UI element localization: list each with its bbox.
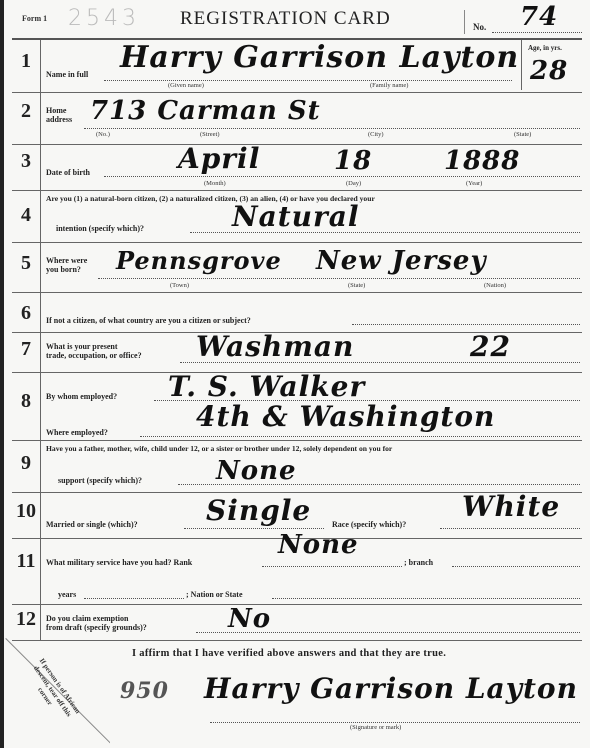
citizenship-label: intention (specify which)? xyxy=(56,224,144,233)
occupation-extra-value: 22 xyxy=(470,330,511,363)
military-nation-label: ; Nation or State xyxy=(186,590,243,599)
pencil-serial: 2543 xyxy=(68,6,140,31)
exemption-label-1: Do you claim exemption xyxy=(46,614,128,623)
military-nation-line xyxy=(272,598,580,599)
row-number-2: 2 xyxy=(14,100,38,123)
age-value: 28 xyxy=(530,56,568,86)
row-rule-8 xyxy=(12,440,582,441)
number-column-divider xyxy=(40,40,41,640)
birthplace-town-caption: (Town) xyxy=(170,282,189,289)
signature-prefix: 950 xyxy=(120,678,169,704)
card-number-value: 74 xyxy=(520,2,558,32)
row-number-6: 6 xyxy=(14,302,38,325)
foreign-citizen-label: If not a citizen, of what country are yo… xyxy=(46,316,251,325)
address-street-caption: (Street) xyxy=(200,131,220,138)
dependents-label: support (specify which)? xyxy=(58,476,142,485)
occupation-value: Washman xyxy=(196,330,354,363)
military-branch-line xyxy=(452,566,580,567)
dependents-question: Have you a father, mother, wife, child u… xyxy=(46,444,392,453)
card-title: REGISTRATION CARD xyxy=(180,8,391,30)
card-number-line xyxy=(492,32,582,33)
given-name-caption: (Given name) xyxy=(168,82,204,89)
birthplace-state-value: New Jersey xyxy=(316,246,487,276)
corner-note: If person is of African descent, tear of… xyxy=(18,651,86,732)
race-value: White xyxy=(462,490,560,523)
employer-label: By whom employed? xyxy=(46,392,117,401)
birthplace-state-caption: (State) xyxy=(348,282,365,289)
military-rank-value: None xyxy=(278,530,359,560)
dob-month-value: April xyxy=(178,142,260,175)
address-city-caption: (City) xyxy=(368,131,384,138)
military-branch-label: ; branch xyxy=(404,558,433,567)
row-number-9: 9 xyxy=(14,452,38,475)
home-label-1: Home xyxy=(46,106,66,115)
employer-value: T. S. Walker xyxy=(168,370,365,403)
marital-label: Married or single (which)? xyxy=(46,520,138,529)
occupation-label-2: trade, occupation, or office? xyxy=(46,351,142,360)
name-label: Name in full xyxy=(46,70,88,79)
name-line xyxy=(104,80,512,81)
military-years-line xyxy=(84,598,184,599)
race-line xyxy=(440,528,580,529)
citizenship-value: Natural xyxy=(232,200,360,233)
registration-card: Form 1 2543 REGISTRATION CARD No. 74 1 N… xyxy=(0,0,590,748)
row-number-10: 10 xyxy=(14,500,38,523)
row-number-7: 7 xyxy=(14,338,38,361)
address-no-caption: (No.) xyxy=(96,131,110,138)
scan-edge xyxy=(0,0,4,748)
age-label: Age, in yrs. xyxy=(528,44,562,53)
dob-day-caption: (Day) xyxy=(346,180,361,187)
birthplace-town-value: Pennsgrove xyxy=(116,246,282,275)
dob-line xyxy=(104,176,580,177)
dependents-value: None xyxy=(216,456,297,486)
birthplace-line xyxy=(98,278,580,279)
dob-month-caption: (Month) xyxy=(204,180,226,187)
affirmation-text: I affirm that I have verified above answ… xyxy=(132,648,446,659)
address-line xyxy=(84,128,580,129)
row-number-8: 8 xyxy=(14,390,38,413)
signature-line xyxy=(210,722,580,723)
row-number-12: 12 xyxy=(14,608,38,631)
row-number-4: 4 xyxy=(14,204,38,227)
tear-off-corner: If person is of African descent, tear of… xyxy=(0,638,110,748)
military-rank-line xyxy=(262,566,402,567)
family-name-caption: (Family name) xyxy=(370,82,408,89)
row-number-5: 5 xyxy=(14,252,38,275)
foreign-citizen-line xyxy=(352,324,580,325)
military-years-label: years xyxy=(58,590,76,599)
address-value: 713 Carman St xyxy=(90,96,321,126)
row-rule-4 xyxy=(12,242,582,243)
row-rule-2 xyxy=(12,144,582,145)
exemption-value: No xyxy=(228,604,271,634)
dob-label: Date of birth xyxy=(46,168,90,177)
form-label: Form 1 xyxy=(22,14,47,23)
name-value: Harry Garrison Layton xyxy=(120,40,519,75)
marital-line xyxy=(184,528,324,529)
row-number-3: 3 xyxy=(14,150,38,173)
dob-year-value: 1888 xyxy=(444,146,520,176)
row-number-11: 11 xyxy=(14,550,38,573)
military-rank-label: What military service have you had? Rank xyxy=(46,558,192,567)
signature-value: Harry Garrison Layton xyxy=(204,672,578,705)
employment-place-label: Where employed? xyxy=(46,428,108,437)
race-label: Race (specify which)? xyxy=(332,520,406,529)
row-rule-11 xyxy=(12,604,582,605)
occupation-label-1: What is your present xyxy=(46,342,118,351)
card-number-label: No. xyxy=(473,22,486,32)
dob-day-value: 18 xyxy=(334,146,372,176)
row-rule-5 xyxy=(12,292,582,293)
birthplace-label-2: you born? xyxy=(46,265,81,274)
age-box-divider xyxy=(521,40,522,90)
row-number-1: 1 xyxy=(14,50,38,73)
exemption-label-2: from draft (specify grounds)? xyxy=(46,623,147,632)
dob-year-caption: (Year) xyxy=(466,180,482,187)
row-rule-1 xyxy=(12,92,582,93)
marital-value: Single xyxy=(206,494,311,527)
row-rule-3 xyxy=(12,190,582,191)
home-label-2: address xyxy=(46,115,72,124)
address-state-caption: (State) xyxy=(514,131,531,138)
birthplace-nation-caption: (Nation) xyxy=(484,282,506,289)
birthplace-label-1: Where were xyxy=(46,256,87,265)
signature-caption: (Signature or mark) xyxy=(350,724,401,731)
employment-place-line xyxy=(140,436,580,437)
header-divider xyxy=(464,10,465,34)
employment-place-value: 4th & Washington xyxy=(196,400,495,433)
